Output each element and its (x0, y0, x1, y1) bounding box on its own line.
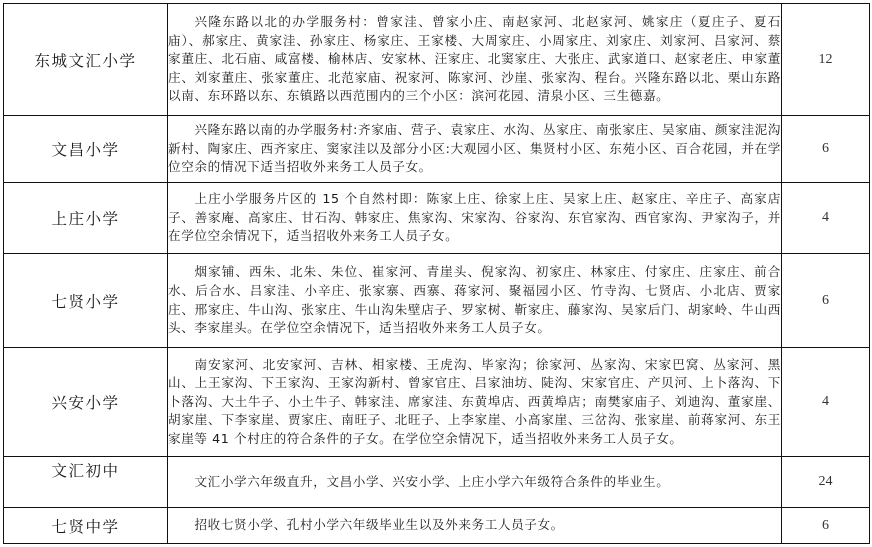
class-count-cell: 12 (782, 4, 870, 116)
table-row: 兴安小学 南安家河、北安家河、吉林、相家楼、王虎沟、毕家沟；徐家河、丛家沟、宋家… (4, 348, 870, 457)
enrollment-table: 东城文汇小学 兴隆东路以北的办学服务村：曾家洼、曾家小庄、南赵家河、北赵家河、姚… (3, 3, 870, 544)
class-count-cell: 4 (782, 183, 870, 254)
table-row: 上庄小学 上庄小学服务片区的 15 个自然村即：陈家上庄、徐家上庄、吴家上庄、赵… (4, 183, 870, 254)
table-row: 东城文汇小学 兴隆东路以北的办学服务村：曾家洼、曾家小庄、南赵家河、北赵家河、姚… (4, 4, 870, 116)
class-count-cell: 6 (782, 508, 870, 544)
school-name-cell: 文汇初中 (4, 457, 168, 508)
class-count-cell: 24 (782, 457, 870, 508)
school-name-cell: 上庄小学 (4, 183, 168, 254)
table-row: 七贤中学 招收七贤小学、孔村小学六年级毕业生以及外来务工人员子女。 6 (4, 508, 870, 544)
school-name-cell: 东城文汇小学 (4, 4, 168, 116)
service-area-cell: 兴隆东路以北的办学服务村：曾家洼、曾家小庄、南赵家河、北赵家河、姚家庄（夏庄子、… (168, 4, 782, 116)
school-name-cell: 七贤中学 (4, 508, 168, 544)
class-count-cell: 6 (782, 254, 870, 348)
service-area-cell: 上庄小学服务片区的 15 个自然村即：陈家上庄、徐家上庄、吴家上庄、赵家庄、辛庄… (168, 183, 782, 254)
school-name-cell: 文昌小学 (4, 116, 168, 183)
service-area-cell: 文汇小学六年级直升，文昌小学、兴安小学、上庄小学六年级符合条件的毕业生。 (168, 457, 782, 508)
service-area-cell: 烟家铺、西朱、北朱、朱位、崔家河、青崖头、倪家沟、初家庄、林家庄、付家庄、庄家庄… (168, 254, 782, 348)
table-row: 文汇初中 文汇小学六年级直升，文昌小学、兴安小学、上庄小学六年级符合条件的毕业生… (4, 457, 870, 508)
class-count-cell: 6 (782, 116, 870, 183)
table-row: 七贤小学 烟家铺、西朱、北朱、朱位、崔家河、青崖头、倪家沟、初家庄、林家庄、付家… (4, 254, 870, 348)
service-area-cell: 南安家河、北安家河、吉林、相家楼、王虎沟、毕家沟；徐家河、丛家沟、宋家巴窝、丛家… (168, 348, 782, 457)
service-area-cell: 招收七贤小学、孔村小学六年级毕业生以及外来务工人员子女。 (168, 508, 782, 544)
school-name-cell: 兴安小学 (4, 348, 168, 457)
service-area-cell: 兴隆东路以南的办学服务村:齐家庙、营子、袁家庄、水沟、丛家庄、南张家庄、吴家庙、… (168, 116, 782, 183)
class-count-cell: 4 (782, 348, 870, 457)
school-name-cell: 七贤小学 (4, 254, 168, 348)
table-row: 文昌小学 兴隆东路以南的办学服务村:齐家庙、营子、袁家庄、水沟、丛家庄、南张家庄… (4, 116, 870, 183)
